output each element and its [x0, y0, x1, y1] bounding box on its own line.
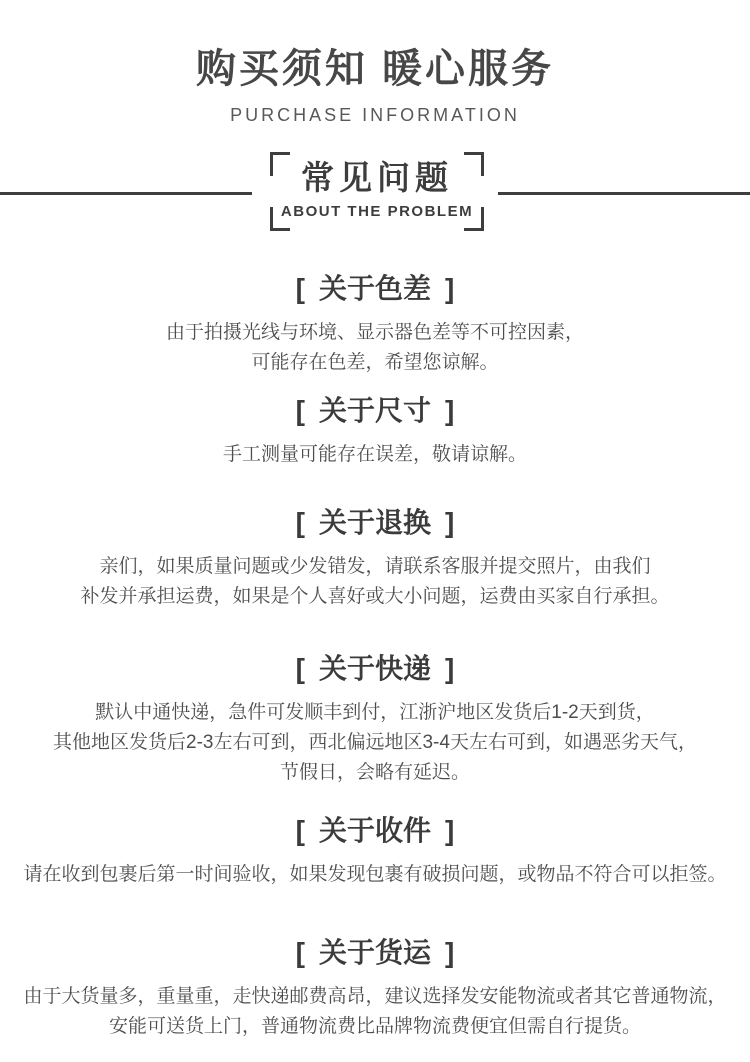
section-body-line: 亲们，如果质量问题或少发错发，请联系客服并提交照片，由我们 — [0, 552, 750, 582]
divider-line-left — [0, 192, 252, 195]
bracket-open: [ — [296, 937, 305, 968]
bracket-open: [ — [296, 815, 305, 846]
bracket-close: ] — [445, 653, 454, 684]
section-label: 关于退换 — [319, 507, 431, 538]
faq-banner: 常见问题 ABOUT THE PROBLEM — [0, 152, 750, 232]
page-subtitle: PURCHASE INFORMATION — [0, 105, 750, 126]
section-body-line: 可能存在色差，希望您谅解。 — [0, 348, 750, 378]
corner-bracket-top-left-icon — [270, 152, 290, 176]
section-body-line: 手工测量可能存在误差，敬请谅解。 — [0, 440, 750, 470]
section-returns: [关于退换] 亲们，如果质量问题或少发错发，请联系客服并提交照片，由我们 补发并… — [0, 506, 750, 612]
bracket-close: ] — [445, 395, 454, 426]
section-body-line: 其他地区发货后2-3左右可到，西北偏远地区3-4天左右可到，如遇恶劣天气， — [0, 728, 750, 758]
page-title: 购买须知 暖心服务 — [0, 46, 750, 92]
section-label: 关于快递 — [319, 653, 431, 684]
bracket-close: ] — [445, 815, 454, 846]
section-body: 默认中通快递，急件可发顺丰到付，江浙沪地区发货后1-2天到货， 其他地区发货后2… — [0, 698, 750, 788]
section-body: 手工测量可能存在误差，敬请谅解。 — [0, 440, 750, 470]
section-heading: [关于收件] — [0, 814, 750, 848]
bracket-open: [ — [296, 507, 305, 538]
section-label: 关于尺寸 — [319, 395, 431, 426]
section-body-line: 安能可送货上门，普通物流费比品牌物流费便宜但需自行提货。 — [0, 1012, 750, 1042]
section-receiving: [关于收件] 请在收到包裹后第一时间验收，如果发现包裹有破损问题，或物品不符合可… — [0, 814, 750, 890]
section-label: 关于色差 — [319, 273, 431, 304]
section-body: 亲们，如果质量问题或少发错发，请联系客服并提交照片，由我们 补发并承担运费，如果… — [0, 552, 750, 612]
section-label: 关于货运 — [319, 937, 431, 968]
section-body: 由于拍摄光线与环境、显示器色差等不可控因素， 可能存在色差，希望您谅解。 — [0, 318, 750, 378]
section-body-line: 请在收到包裹后第一时间验收，如果发现包裹有破损问题，或物品不符合可以拒签。 — [0, 860, 750, 890]
section-color-difference: [关于色差] 由于拍摄光线与环境、显示器色差等不可控因素， 可能存在色差，希望您… — [0, 272, 750, 378]
purchase-info-page: 购买须知 暖心服务 PURCHASE INFORMATION 常见问题 ABOU… — [0, 0, 750, 1062]
section-body-line: 由于拍摄光线与环境、显示器色差等不可控因素， — [0, 318, 750, 348]
section-freight: [关于货运] 由于大货量多，重量重，走快递邮费高昂，建议选择发安能物流或者其它普… — [0, 936, 750, 1042]
section-heading: [关于尺寸] — [0, 394, 750, 428]
banner-title: 常见问题 — [270, 158, 484, 198]
bracket-close: ] — [445, 937, 454, 968]
section-label: 关于收件 — [319, 815, 431, 846]
bracket-close: ] — [445, 507, 454, 538]
section-heading: [关于退换] — [0, 506, 750, 540]
divider-line-right — [498, 192, 750, 195]
section-body: 请在收到包裹后第一时间验收，如果发现包裹有破损问题，或物品不符合可以拒签。 — [0, 860, 750, 890]
banner-subtitle: ABOUT THE PROBLEM — [270, 203, 484, 221]
bracket-close: ] — [445, 273, 454, 304]
section-body-line: 节假日，会略有延迟。 — [0, 758, 750, 788]
bracket-open: [ — [296, 653, 305, 684]
section-express-delivery: [关于快递] 默认中通快递，急件可发顺丰到付，江浙沪地区发货后1-2天到货， 其… — [0, 652, 750, 788]
bracket-open: [ — [296, 395, 305, 426]
section-size: [关于尺寸] 手工测量可能存在误差，敬请谅解。 — [0, 394, 750, 470]
section-body: 由于大货量多，重量重，走快递邮费高昂，建议选择发安能物流或者其它普通物流， 安能… — [0, 982, 750, 1042]
corner-bracket-bottom-left-icon — [270, 207, 290, 231]
section-heading: [关于快递] — [0, 652, 750, 686]
section-heading: [关于色差] — [0, 272, 750, 306]
corner-bracket-top-right-icon — [464, 152, 484, 176]
faq-banner-box: 常见问题 ABOUT THE PROBLEM — [270, 152, 484, 231]
section-body-line: 默认中通快递，急件可发顺丰到付，江浙沪地区发货后1-2天到货， — [0, 698, 750, 728]
corner-bracket-bottom-right-icon — [464, 207, 484, 231]
section-body-line: 由于大货量多，重量重，走快递邮费高昂，建议选择发安能物流或者其它普通物流， — [0, 982, 750, 1012]
page-header: 购买须知 暖心服务 PURCHASE INFORMATION — [0, 46, 750, 126]
section-body-line: 补发并承担运费，如果是个人喜好或大小问题，运费由买家自行承担。 — [0, 582, 750, 612]
bracket-open: [ — [296, 273, 305, 304]
section-heading: [关于货运] — [0, 936, 750, 970]
